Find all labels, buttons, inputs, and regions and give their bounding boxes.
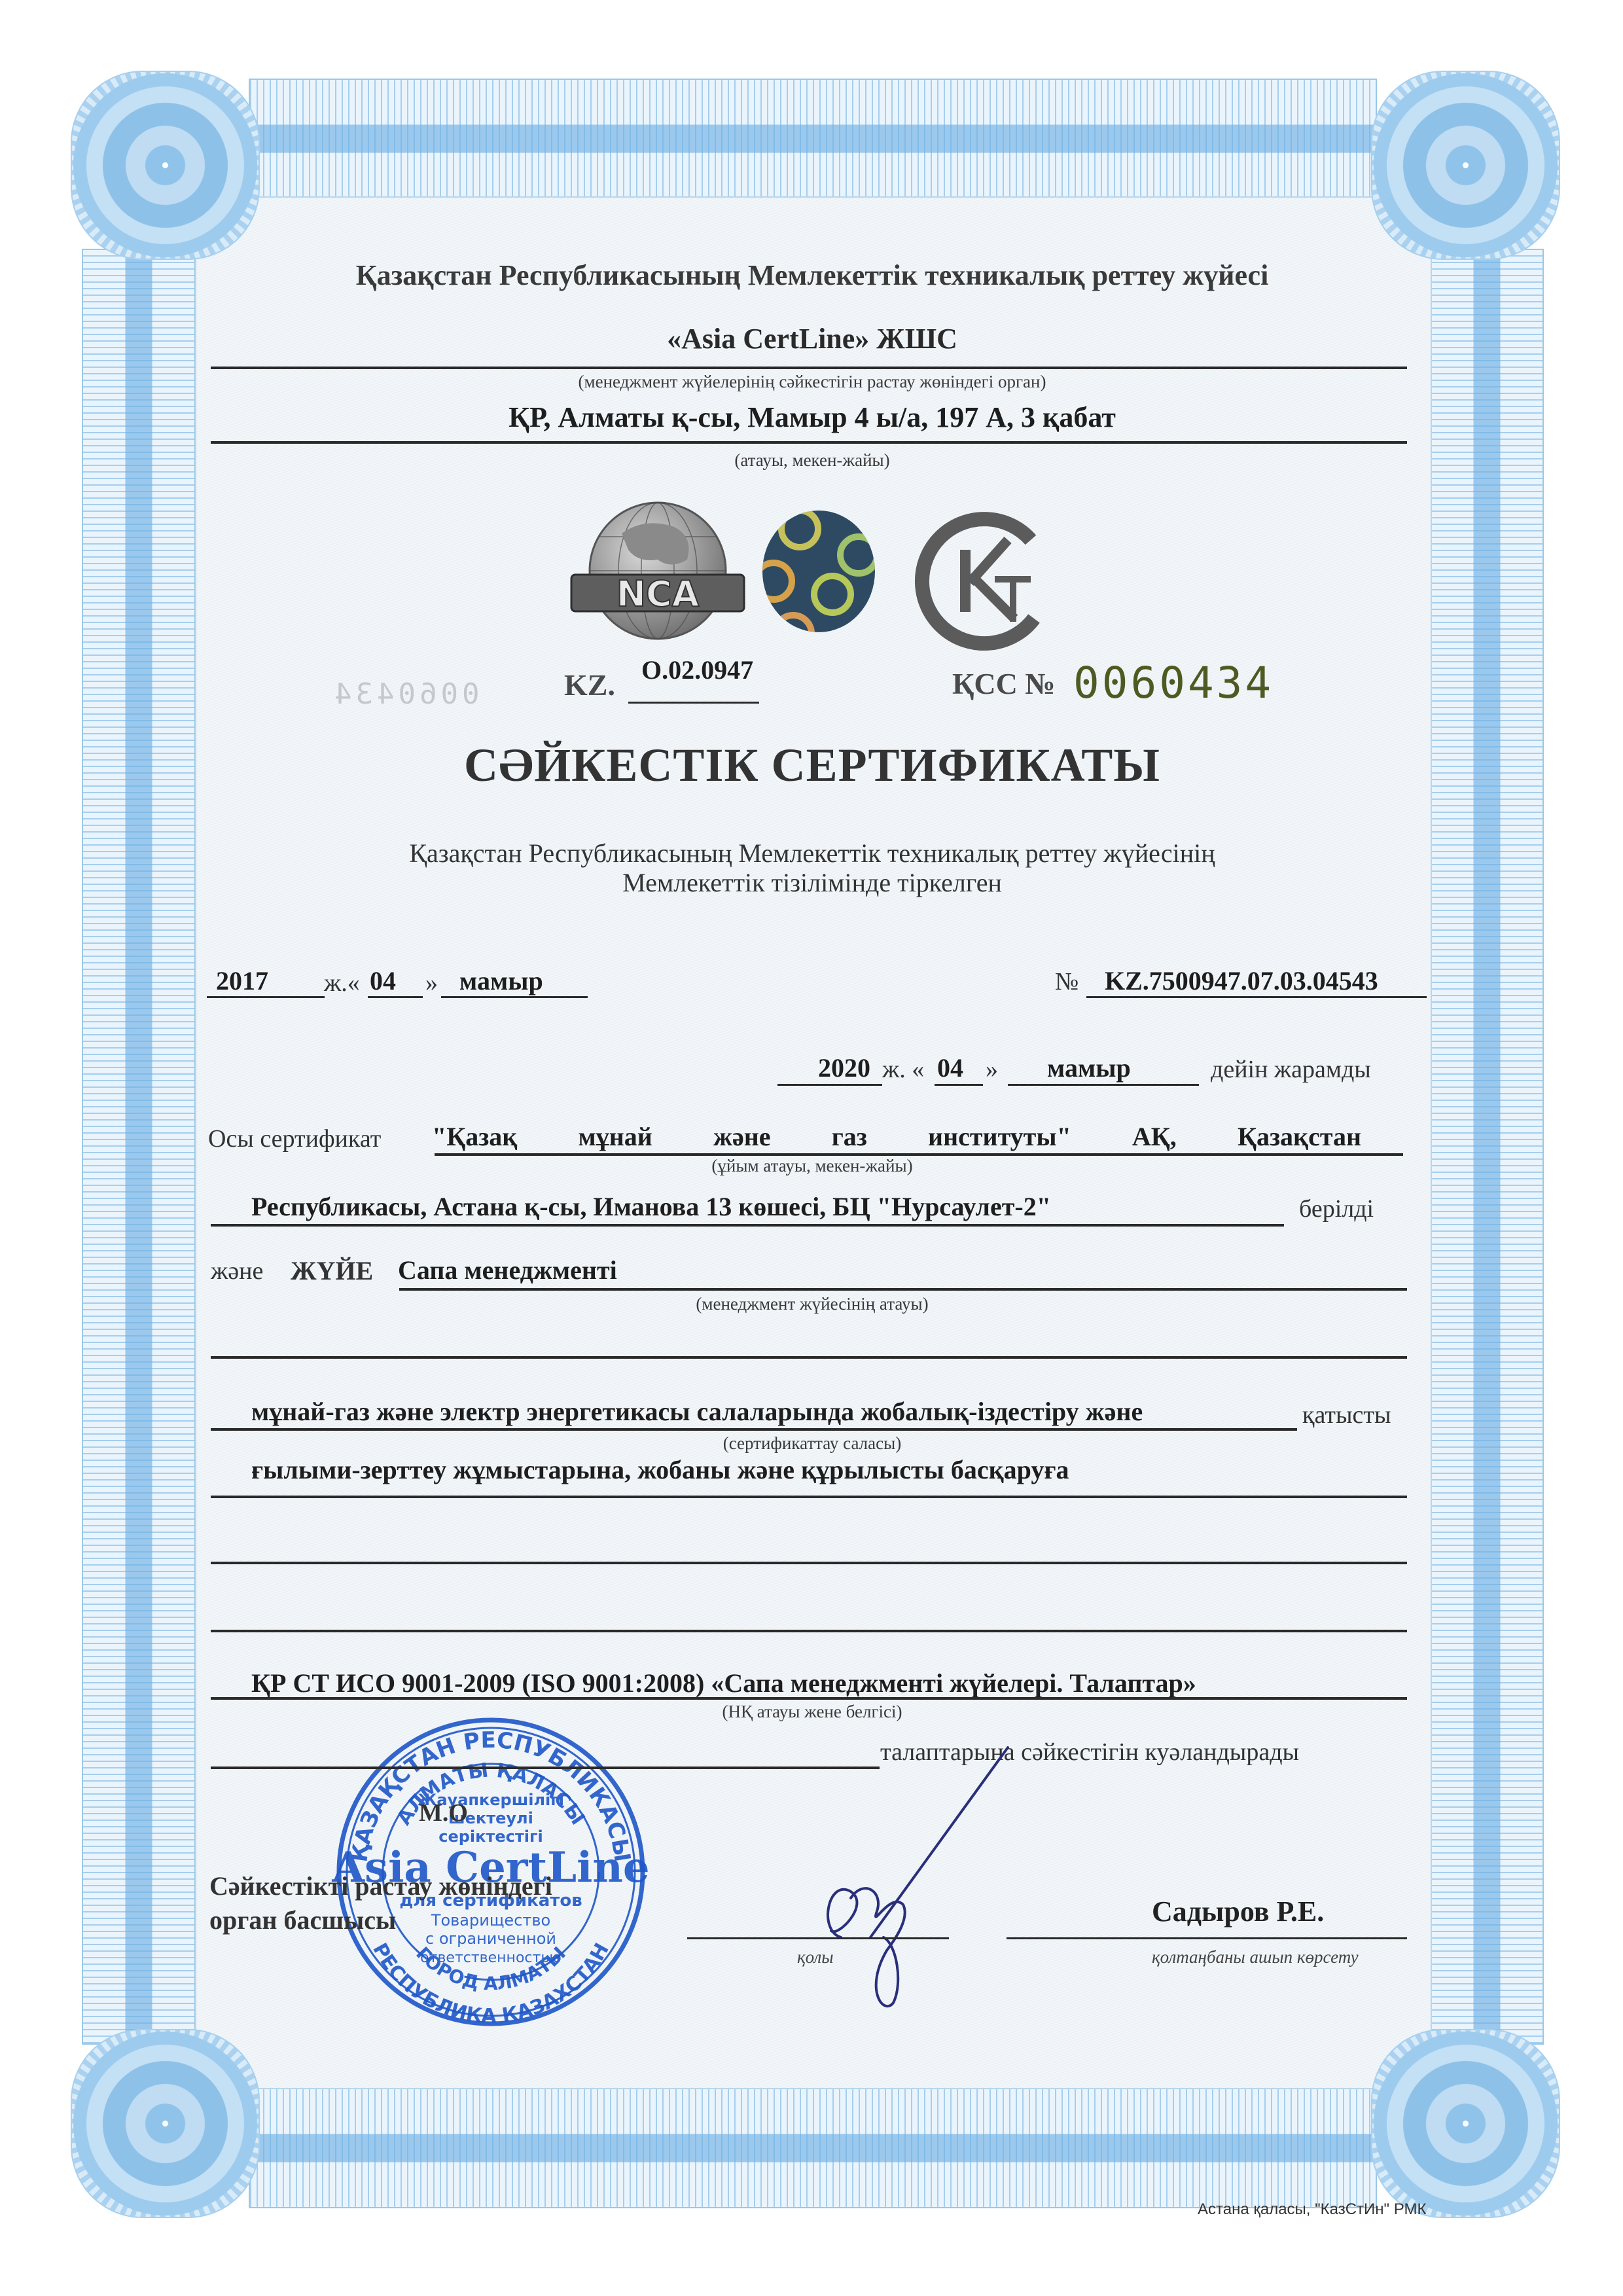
organization-rule-2 <box>211 1224 1284 1227</box>
valid-until-day: 04 <box>937 1052 963 1083</box>
management-system-name: Сапа менеджменті <box>398 1255 617 1285</box>
issue-year-rule <box>207 996 325 998</box>
border-band-right <box>1430 249 1544 2045</box>
hologram-seal-icon <box>760 509 877 634</box>
issue-year: 2017 <box>216 965 268 996</box>
svg-text:NCA: NCA <box>616 573 700 615</box>
valid-month-rule <box>1008 1084 1199 1086</box>
seal-place-mark: М.О <box>419 1799 468 1827</box>
organization-address: Республикасы, Астана қ-сы, Иманова 13 кө… <box>251 1191 1051 1222</box>
border-band-bottom <box>249 2088 1377 2208</box>
signature-caption: қолы <box>797 1947 834 1967</box>
svg-text:с ограниченной: с ограниченной <box>425 1929 556 1948</box>
organization-caption: (ұйым атауы, мекен-жайы) <box>195 1156 1429 1176</box>
standard-rule <box>211 1697 1407 1700</box>
border-band-left <box>82 249 196 2045</box>
valid-until-year: 2020 <box>818 1052 870 1083</box>
scope-rule-1 <box>211 1428 1297 1431</box>
system-caption: (менеджмент жүйесінің атауы) <box>195 1294 1429 1314</box>
svg-text:ответственностью: ответственностью <box>420 1950 562 1966</box>
issue-month-rule <box>441 996 588 998</box>
organization-name: "Қазақ мұнай және газ институты" АҚ, Қаз… <box>432 1121 1361 1152</box>
issue-year-separator: ж.« <box>324 969 360 997</box>
system-rule <box>399 1288 1407 1291</box>
scope-suffix: қатысты <box>1302 1401 1391 1429</box>
corner-rosette-icon <box>71 71 260 260</box>
valid-year-separator: ж. « <box>882 1055 924 1084</box>
blank-rule <box>211 1630 1407 1632</box>
valid-year-rule <box>777 1084 882 1086</box>
kz-rule <box>628 702 759 704</box>
corner-rosette-icon <box>1371 71 1560 260</box>
issue-day: 04 <box>370 965 396 996</box>
certificate-number-rule <box>1086 996 1427 998</box>
corner-rosette-icon <box>71 2029 260 2218</box>
kz-accreditation-number: О.02.0947 <box>641 655 753 685</box>
subtitle-line-1: Қазақстан Республикасының Мемлекеттік те… <box>195 838 1429 869</box>
normative-document: ҚР СТ ИСО 9001-2009 (ISO 9001:2008) «Сап… <box>251 1668 1196 1698</box>
signature-rule <box>687 1937 949 1939</box>
border-band-top <box>249 79 1377 199</box>
signatory-name-rule <box>1007 1937 1407 1939</box>
valid-until-label: дейін жарамды <box>1211 1055 1371 1084</box>
svg-text:Товарищество: Товарищество <box>431 1911 550 1929</box>
certificate-number: KZ.7500947.07.03.04543 <box>1105 965 1378 996</box>
address-rule <box>211 441 1407 444</box>
subtitle-line-2: Мемлекеттік тізілімінде тіркелген <box>195 867 1429 898</box>
certification-scope-line-1: мұнай-газ және электр энергетикасы салал… <box>251 1396 1143 1427</box>
valid-day-separator: » <box>986 1055 998 1084</box>
certifying-body-rule <box>211 367 1407 369</box>
signatory-name-caption: қолтаңбаны ашып көрсету <box>1152 1947 1359 1967</box>
nca-globe-logo-icon: NCA <box>560 497 756 648</box>
signatory-title-line-1: Сәйкестікті растау жөніндегі <box>209 1871 552 1901</box>
address-caption: (атауы, мекен-жайы) <box>195 450 1429 471</box>
issue-day-rule <box>368 996 423 998</box>
organization-prefix: Осы сертификат <box>208 1124 381 1153</box>
blank-rule <box>211 1562 1407 1564</box>
scope-caption: (сертификаттау саласы) <box>195 1433 1429 1454</box>
signatory-title-line-2: орган басшысы <box>209 1905 396 1935</box>
issue-day-separator: » <box>425 969 438 997</box>
system-label: ЖҮЙЕ <box>291 1255 373 1286</box>
certificate-number-label: № <box>1055 967 1079 996</box>
bleed-through-serial: 0060434 <box>330 677 479 711</box>
certificate-title: СӘЙКЕСТІК СЕРТИФИКАТЫ <box>195 738 1429 793</box>
issue-month: мамыр <box>459 965 543 996</box>
kss-label: ҚСС № <box>952 666 1056 701</box>
corner-rosette-icon <box>1371 2029 1560 2218</box>
kss-serial-number: 0060434 <box>1073 658 1274 708</box>
valid-day-rule <box>935 1084 983 1086</box>
certifying-body-caption: (менеджмент жүйелерінің сәйкестігін раст… <box>195 372 1429 392</box>
system-title: Қазақстан Республикасының Мемлекеттік те… <box>195 259 1429 292</box>
kz-label: KZ. <box>564 668 615 702</box>
blank-rule <box>211 1356 1407 1359</box>
scope-rule-2 <box>211 1496 1407 1498</box>
signatory-name: Садыров Р.Е. <box>1152 1895 1324 1928</box>
certifying-body-address: ҚР, Алматы қ-сы, Мамыр 4 ы/а, 197 А, 3 қ… <box>195 401 1429 434</box>
standard-caption: (НҚ атауы жене белгісі) <box>195 1702 1429 1722</box>
valid-until-month: мамыр <box>1047 1052 1131 1083</box>
kt-conformity-mark-icon <box>910 504 1060 655</box>
system-prefix: және <box>211 1257 263 1285</box>
printer-imprint: Астана қаласы, "КазСтИн" РМК <box>1198 2200 1426 2219</box>
certifying-body: «Asia CertLine» ЖШС <box>195 322 1429 355</box>
certification-scope-line-2: ғылыми-зерттеу жұмыстарына, жобаны және … <box>251 1454 1069 1485</box>
handwritten-signature-icon <box>772 1741 1034 2016</box>
issued-label: берілді <box>1299 1194 1374 1223</box>
